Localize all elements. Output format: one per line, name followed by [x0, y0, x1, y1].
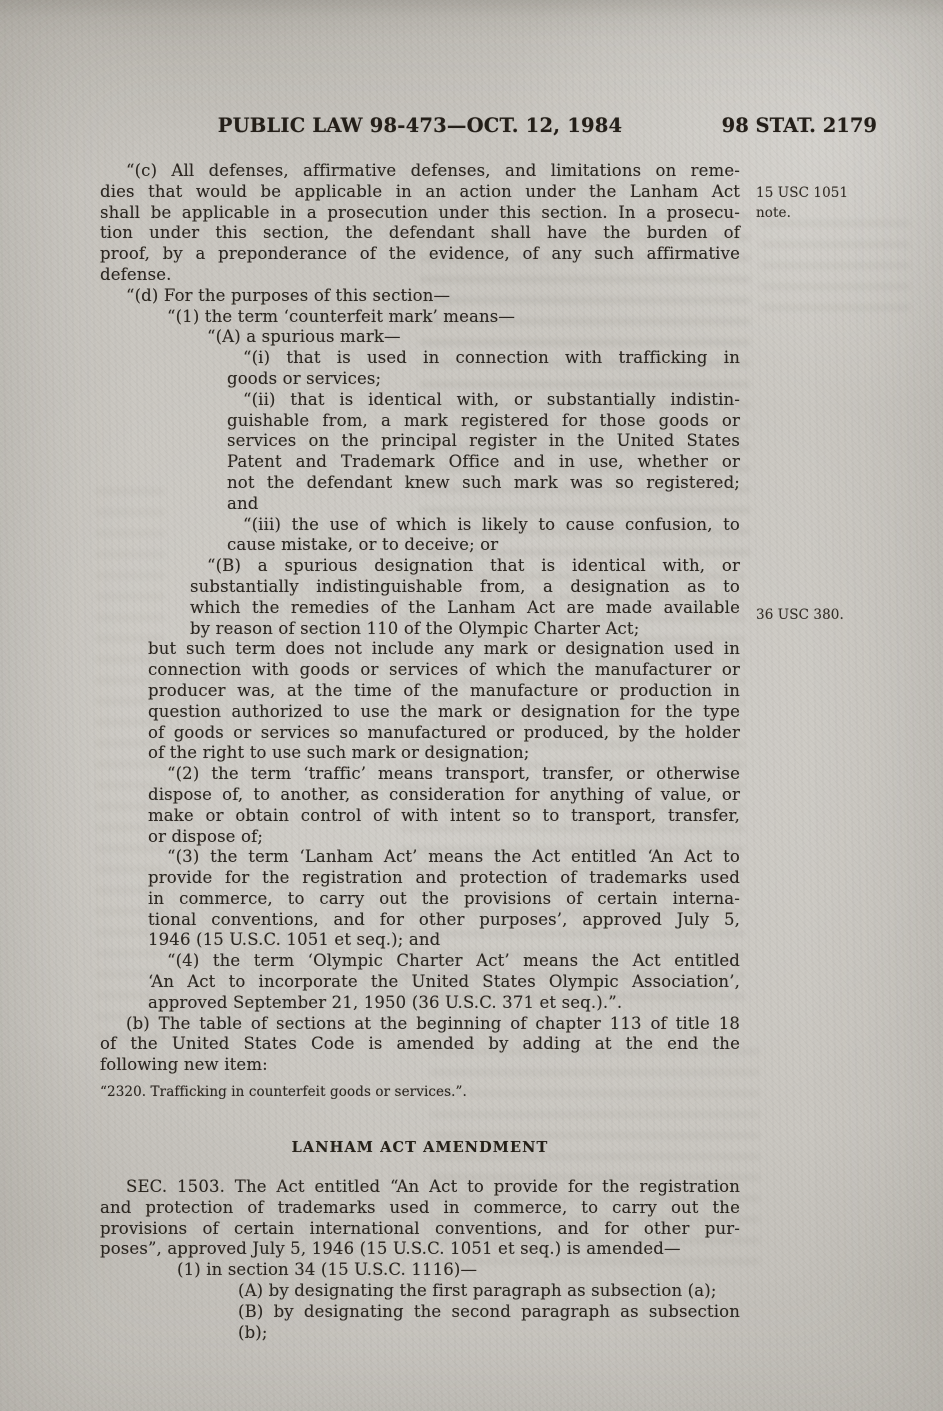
statute-line: “(c) All defenses, affirmative defenses,… [100, 161, 740, 182]
statute-line: goods or services; [227, 369, 740, 390]
statute-line: make or obtain control of with intent so… [148, 806, 740, 827]
statute-line: (A) by designating the first paragraph a… [238, 1281, 740, 1302]
statute-paragraph: (b) The table of sections at the beginni… [100, 1014, 740, 1076]
margin-note-usc-citation: 36 USC 380. [756, 606, 896, 626]
statute-line: defense. [100, 265, 740, 286]
statute-paragraph: “(2) the term ‘traffic’ means transport,… [148, 764, 740, 847]
statute-line: “2320. Trafficking in counterfeit goods … [100, 1083, 740, 1101]
statute-line: guishable from, a mark registered for th… [227, 411, 740, 432]
statute-line: by reason of section 110 of the Olympic … [190, 619, 740, 640]
statute-paragraph: (A) by designating the first paragraph a… [238, 1281, 740, 1302]
scanned-statute-page: PUBLIC LAW 98-473—OCT. 12, 1984 98 STAT.… [0, 0, 943, 1411]
statute-line: which the remedies of the Lanham Act are… [190, 598, 740, 619]
margin-note-line: note. [756, 204, 896, 224]
statute-paragraph: “(d) For the purposes of this section— [100, 286, 740, 307]
statute-line: “(ii) that is identical with, or substan… [227, 390, 740, 411]
margin-note-line: 36 USC 380. [756, 606, 896, 626]
statute-line: question authorized to use the mark or d… [148, 702, 740, 723]
statute-line: “(2) the term ‘traffic’ means transport,… [148, 764, 740, 785]
statute-paragraph: “(4) the term ‘Olympic Charter Act’ mean… [148, 951, 740, 1013]
margin-note-usc-citation: 15 USC 1051note. [756, 184, 896, 223]
law-title: PUBLIC LAW 98-473—OCT. 12, 1984 [100, 114, 740, 137]
statute-line: proof, by a preponderance of the evidenc… [100, 244, 740, 265]
statute-line: LANHAM ACT AMENDMENT [100, 1139, 740, 1157]
statute-line: provide for the registration and protect… [148, 868, 740, 889]
statute-line: of the right to use such mark or designa… [148, 743, 740, 764]
statute-paragraph: “(c) All defenses, affirmative defenses,… [100, 161, 740, 286]
statute-line: “(B) a spurious designation that is iden… [190, 556, 740, 577]
statute-paragraph: “(iii) the use of which is likely to cau… [227, 515, 740, 557]
statute-line: dies that would be applicable in an acti… [100, 182, 740, 203]
statute-line: 1946 (15 U.S.C. 1051 et seq.); and [148, 930, 740, 951]
statute-paragraph: but such term does not include any mark … [148, 639, 740, 764]
statute-line: and protection of trademarks used in com… [100, 1198, 740, 1219]
statute-line: substantially indistinguishable from, a … [190, 577, 740, 598]
statute-paragraph: (1) in section 34 (15 U.S.C. 1116)— [177, 1260, 740, 1281]
statute-line: Patent and Trademark Office and in use, … [227, 452, 740, 473]
statute-line: connection with goods or services of whi… [148, 660, 740, 681]
statute-line: tion under this section, the defendant s… [100, 223, 740, 244]
statute-line: of goods or services so manufactured or … [148, 723, 740, 744]
statute-line: tional conventions, and for other purpos… [148, 910, 740, 931]
statute-paragraph: SEC. 1503. The Act entitled “An Act to p… [100, 1177, 740, 1260]
statute-line: or dispose of; [148, 827, 740, 848]
section-heading: LANHAM ACT AMENDMENT [100, 1139, 740, 1157]
statute-paragraph: “(1) the term ‘counterfeit mark’ means— [148, 307, 740, 328]
statute-paragraph: “(A) a spurious mark— [190, 327, 740, 348]
statute-line: dispose of, to another, as consideration… [148, 785, 740, 806]
statute-line: and [227, 494, 740, 515]
statute-line: but such term does not include any mark … [148, 639, 740, 660]
statute-line: producer was, at the time of the manufac… [148, 681, 740, 702]
statute-line: (b) The table of sections at the beginni… [100, 1014, 740, 1035]
running-head: PUBLIC LAW 98-473—OCT. 12, 1984 98 STAT.… [0, 114, 943, 144]
statute-line: not the defendant knew such mark was so … [227, 473, 740, 494]
statute-line: (B) by designating the second paragraph … [238, 1302, 740, 1344]
statute-line: “(1) the term ‘counterfeit mark’ means— [148, 307, 740, 328]
statute-line: cause mistake, or to deceive; or [227, 535, 740, 556]
statute-line: (1) in section 34 (15 U.S.C. 1116)— [177, 1260, 740, 1281]
statute-line: ‘An Act to incorporate the United States… [148, 972, 740, 993]
statute-line: “(3) the term ‘Lanham Act’ means the Act… [148, 847, 740, 868]
statute-text-column: “(c) All defenses, affirmative defenses,… [100, 161, 740, 1343]
statute-line: following new item: [100, 1055, 740, 1076]
bleed-through-texture [760, 212, 910, 312]
statute-line: “(i) that is used in connection with tra… [227, 348, 740, 369]
statute-line: approved September 21, 1950 (36 U.S.C. 3… [148, 993, 740, 1014]
statute-line: “(d) For the purposes of this section— [100, 286, 740, 307]
statute-paragraph: “(ii) that is identical with, or substan… [227, 390, 740, 515]
statute-line: “(A) a spurious mark— [190, 327, 740, 348]
statute-line: “(4) the term ‘Olympic Charter Act’ mean… [148, 951, 740, 972]
statute-line: poses”, approved July 5, 1946 (15 U.S.C.… [100, 1239, 740, 1260]
statutes-page-number: 98 STAT. 2179 [722, 114, 877, 137]
statute-paragraph: “(B) a spurious designation that is iden… [190, 556, 740, 639]
statute-line: of the United States Code is amended by … [100, 1034, 740, 1055]
statute-line: shall be applicable in a prosecution und… [100, 203, 740, 224]
table-of-sections-item: “2320. Trafficking in counterfeit goods … [100, 1083, 740, 1101]
statute-paragraph: “(3) the term ‘Lanham Act’ means the Act… [148, 847, 740, 951]
statute-line: SEC. 1503. The Act entitled “An Act to p… [100, 1177, 740, 1198]
margin-note-line: 15 USC 1051 [756, 184, 896, 204]
statute-paragraph: “(i) that is used in connection with tra… [227, 348, 740, 390]
statute-line: services on the principal register in th… [227, 431, 740, 452]
statute-line: in commerce, to carry out the provisions… [148, 889, 740, 910]
statute-line: provisions of certain international conv… [100, 1219, 740, 1240]
statute-line: “(iii) the use of which is likely to cau… [227, 515, 740, 536]
statute-paragraph: (B) by designating the second paragraph … [238, 1302, 740, 1344]
